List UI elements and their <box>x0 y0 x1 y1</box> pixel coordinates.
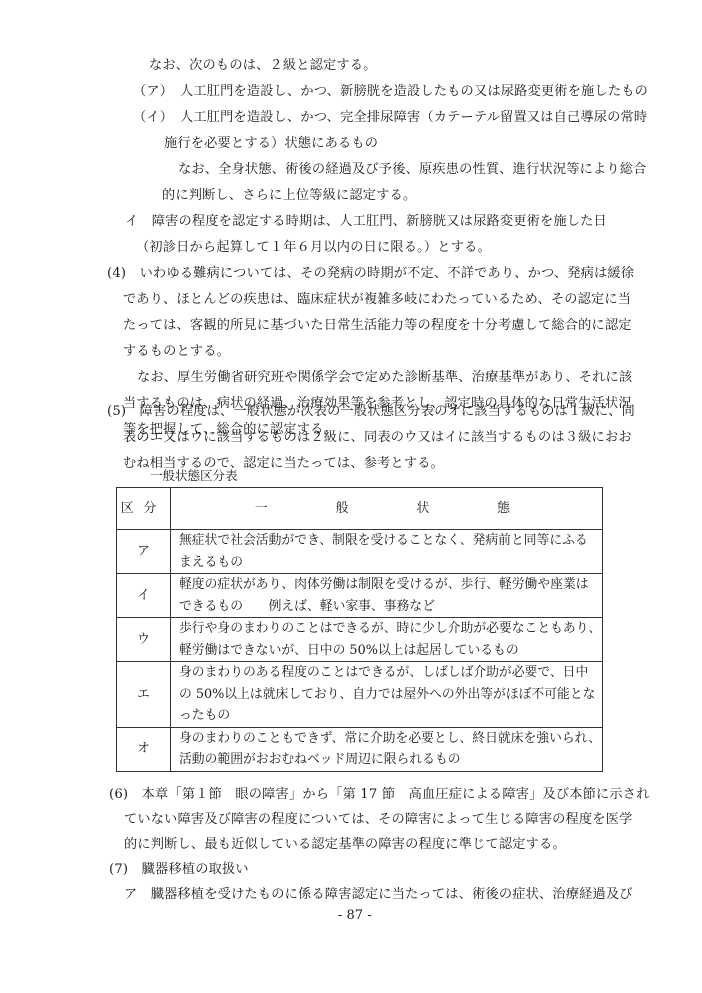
text-line: なお、全身状態、術後の経過及び予後、原疾患の性質、進行状況等により総合 <box>178 160 647 180</box>
text-line: であり、ほとんどの疾患は、臨床症状が複雑多岐にわたっているため、その認定に当 <box>123 290 631 310</box>
description-line: ったもの <box>179 705 602 727</box>
description-line: 歩行や身のまわりのことはできるが、時に少し介助が必要なこともあり、 <box>179 618 602 640</box>
row-description: 身のまわりのある程度のことはできるが、しばしば介助が必要で、日中 の 50%以上… <box>171 662 603 728</box>
description-line: 活動の範囲がおおむねベッド周辺に限られるもの <box>179 749 602 771</box>
section-5-line-1: (5) 障害の程度は、一般状態が次表の一般状態区分表のオに該当するものは１級に、… <box>107 402 635 422</box>
description-line: 身のまわりのこともできず、常に介助を必要とし、終日就床を強いられ、 <box>179 728 602 750</box>
table-row: イ 軽度の症状があり、肉体労働は制限を受けるが、歩行、軽労働や座業は できるもの… <box>117 574 603 618</box>
row-description: 軽度の症状があり、肉体労働は制限を受けるが、歩行、軽労働や座業は できるもの 例… <box>171 574 603 618</box>
text-line: なお、次のものは、２級と認定する。 <box>149 56 377 76</box>
text-line: たっては、客観的所見に基づいた日常生活能力等の程度を十分考慮して総合的に認定 <box>123 316 632 336</box>
table-caption: 一般状態区分表 <box>150 466 238 484</box>
text-line: （ア） 人工肛門を造設し、かつ、新膀胱を造設したもの又は尿路変更術を施したもの <box>133 82 648 102</box>
description-line: の 50%以上は就床しており、自力では屋外への外出等がほぼ不可能とな <box>179 684 602 706</box>
row-description: 身のまわりのこともできず、常に介助を必要とし、終日就床を強いられ、 活動の範囲が… <box>171 727 603 771</box>
section-4-heading: (4) いわゆる難病については、その発病の時期が不定、不詳であり、かつ、発病は緩… <box>107 264 634 284</box>
page-number: - 87 - <box>338 908 372 923</box>
row-code: ア <box>117 530 171 574</box>
text-line: ア 臓器移植を受けたものに係る障害認定に当たっては、術後の症状、治療経過及び <box>124 885 633 905</box>
table-row: ウ 歩行や身のまわりのことはできるが、時に少し介助が必要なこともあり、 軽労働は… <box>117 618 603 662</box>
table-row: オ 身のまわりのこともできず、常に介助を必要とし、終日就床を強いられ、 活動の範… <box>117 727 603 771</box>
text-line: 施行を必要とする）状態にあるもの <box>164 134 378 154</box>
section-5-line-2: 表のエ又はウに該当するものは２級に、同表のウ又はイに該当するものは３級におお <box>123 428 632 448</box>
row-code: ウ <box>117 618 171 662</box>
table-row: エ 身のまわりのある程度のことはできるが、しばしば介助が必要で、日中 の 50%… <box>117 662 603 728</box>
description-line: 軽労働はできないが、日中の 50%以上は起居しているもの <box>179 640 602 662</box>
header-category: 区分 <box>117 488 171 530</box>
text-line: （初診日から起算して１年６月以内の日に限る。）とする。 <box>136 238 491 258</box>
section-7-heading: (7) 臓器移植の取扱い <box>109 860 249 880</box>
text-line: 的に判断し、最も近似している認定基準の障害の程度に準じて認定する。 <box>124 835 566 855</box>
table-row: ア 無症状で社会活動ができ、制限を受けることなく、発病前と同等にふる まえるもの <box>117 530 603 574</box>
section-6-heading: (6) 本章「第１節 眼の障害」から「第 17 節 高血圧症による障害」及び本節… <box>109 785 650 805</box>
row-description: 無症状で社会活動ができ、制限を受けることなく、発病前と同等にふる まえるもの <box>171 530 603 574</box>
text-line: （イ） 人工肛門を造設し、かつ、完全排尿障害（カテーテル留置又は自己導尿の常時 <box>133 108 647 128</box>
row-description: 歩行や身のまわりのことはできるが、時に少し介助が必要なこともあり、 軽労働はでき… <box>171 618 603 662</box>
table-header-row: 区分 一般状態 <box>117 488 603 530</box>
description-line: まえるもの <box>179 552 602 574</box>
row-code: エ <box>117 662 171 728</box>
text-line: なお、厚生労働省研究班や関係学会で定めた診断基準、治療基準があり、それに該 <box>137 368 632 388</box>
text-line: イ 障害の程度を認定する時期は、人工肛門、新膀胱又は尿路変更術を施した日 <box>125 212 607 232</box>
description-line: 無症状で社会活動ができ、制限を受けることなく、発病前と同等にふる <box>179 530 602 552</box>
header-general-status: 一般状態 <box>171 488 603 530</box>
description-line: 軽度の症状があり、肉体労働は制限を受けるが、歩行、軽労働や座業は <box>179 574 602 596</box>
row-code: オ <box>117 727 171 771</box>
description-line: できるもの 例えば、軽い家事、事務など <box>179 596 602 618</box>
row-code: イ <box>117 574 171 618</box>
text-line: 的に判断し、さらに上位等級に認定する。 <box>162 186 416 206</box>
description-line: 身のまわりのある程度のことはできるが、しばしば介助が必要で、日中 <box>179 662 602 684</box>
text-line: ていない障害及び障害の程度については、その障害によって生じる障害の程度を医学 <box>124 810 632 830</box>
text-line: するものとする。 <box>123 342 230 362</box>
general-status-table: 区分 一般状態 ア 無症状で社会活動ができ、制限を受けることなく、発病前と同等に… <box>116 487 603 772</box>
